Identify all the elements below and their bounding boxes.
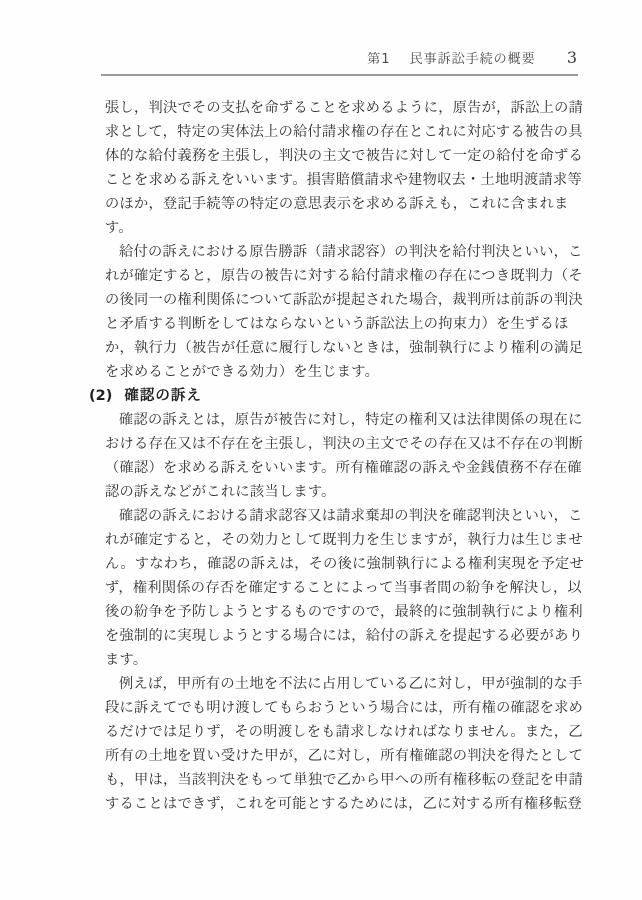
paragraph: 張し，判決でその支払を命ずることを求めるように，原告が，訴訟上の請求として，特定… <box>105 96 583 240</box>
header-rule <box>101 74 578 76</box>
text-line: 張し，判決でその支払を命ずることを求めるように，原告が，訴訟上の請 <box>105 96 583 120</box>
text-line: 確認の訴えとは，原告が被告に対し，特定の権利又は法律関係の現在に <box>105 408 583 432</box>
text-line: のほか，登記手続等の特定の意思表示を求める訴えも，これに含まれま <box>105 192 583 216</box>
paragraph: 確認の訴えとは，原告が被告に対し，特定の権利又は法律関係の現在における存在又は不… <box>105 408 583 504</box>
text-line: 確認の訴えにおける請求認容又は請求棄却の判決を確認判決といい，こ <box>105 504 583 528</box>
text-line: す。 <box>105 216 583 240</box>
text-line: 所有の土地を買い受けた甲が，乙に対し，所有権確認の判決を得たとして <box>105 744 583 768</box>
text-line: を求めることができる効力）を生じます。 <box>105 360 583 384</box>
running-head-chapter: 第1 <box>367 52 390 67</box>
text-line: 体的な給付義務を主張し，判決の主文で被告に対して一定の給付を命ずる <box>105 144 583 168</box>
text-line: 給付の訴えにおける原告勝訴（請求認容）の判決を給付判決といい，こ <box>105 240 583 264</box>
text-line: の後同一の権利関係について訴訟が提起された場合，裁判所は前訴の判決 <box>105 288 583 312</box>
text-line: ます。 <box>105 648 583 672</box>
paragraph: 給付の訴えにおける原告勝訴（請求認容）の判決を給付判決といい，これが確定すると，… <box>105 240 583 384</box>
text-line: することはできず，これを可能とするためには，乙に対する所有権移転登 <box>105 792 583 816</box>
text-line: 後の紛争を予防しようとするものですので，最終的に強制執行により権利 <box>105 600 583 624</box>
text-line: 認の訴えなどがこれに該当します。 <box>105 480 583 504</box>
text-line: と矛盾する判断をしてはならないという訴訟法上の拘束力）を生ずるほ <box>105 312 583 336</box>
text-line: ことを求める訴えをいいます。損害賠償請求や建物収去・土地明渡請求等 <box>105 168 583 192</box>
text-line: か，執行力（被告が任意に履行しないときは，強制執行により権利の満足 <box>105 336 583 360</box>
paragraph: 確認の訴えにおける請求認容又は請求棄却の判決を確認判決といい，これが確定すると，… <box>105 504 583 672</box>
text-line: ず，権利関係の存否を確定することによって当事者間の紛争を解決し，以 <box>105 576 583 600</box>
text-line: れが確定すると，その効力として既判力を生じますが，執行力は生じませ <box>105 528 583 552</box>
document-page: 第1 民事訴訟手続の概要 3 張し，判決でその支払を命ずることを求めるように，原… <box>0 0 642 900</box>
text-line: 例えば，甲所有の土地を不法に占用している乙に対し，甲が強制的な手 <box>105 672 583 696</box>
text-line: るだけでは足りず，その明渡しをも請求しなければなりません。また，乙 <box>105 720 583 744</box>
paragraph: 例えば，甲所有の土地を不法に占用している乙に対し，甲が強制的な手段に訴えてでも明… <box>105 672 583 816</box>
body-text: 張し，判決でその支払を命ずることを求めるように，原告が，訴訟上の請求として，特定… <box>105 96 583 816</box>
text-line: 段に訴えてでも明け渡してもらおうという場合には，所有権の確認を求め <box>105 696 583 720</box>
section-heading-number: (2) <box>89 388 112 404</box>
text-line: 求として，特定の実体法上の給付請求権の存在とこれに対応する被告の具 <box>105 120 583 144</box>
running-head-title: 民事訴訟手続の概要 <box>410 52 536 67</box>
text-line: も，甲は，当該判決をもって単独で乙から甲への所有権移転の登記を申請 <box>105 768 583 792</box>
running-head: 第1 民事訴訟手続の概要 3 <box>367 48 578 67</box>
section-heading: (2)確認の訴え <box>89 384 583 408</box>
text-line: ん。すなわち，確認の訴えは，その後に強制執行による権利実現を予定せ <box>105 552 583 576</box>
section-heading-text: 確認の訴え <box>124 388 202 404</box>
text-line: おける存在又は不存在を主張し，判決の主文でその存在又は不存在の判断 <box>105 432 583 456</box>
text-line: れが確定すると，原告の被告に対する給付請求権の存在につき既判力（そ <box>105 264 583 288</box>
text-line: （確認）を求める訴えをいいます。所有権確認の訴えや金銭債務不存在確 <box>105 456 583 480</box>
text-line: を強制的に実現しようとする場合には，給付の訴えを提起する必要があり <box>105 624 583 648</box>
page-number: 3 <box>567 48 578 67</box>
